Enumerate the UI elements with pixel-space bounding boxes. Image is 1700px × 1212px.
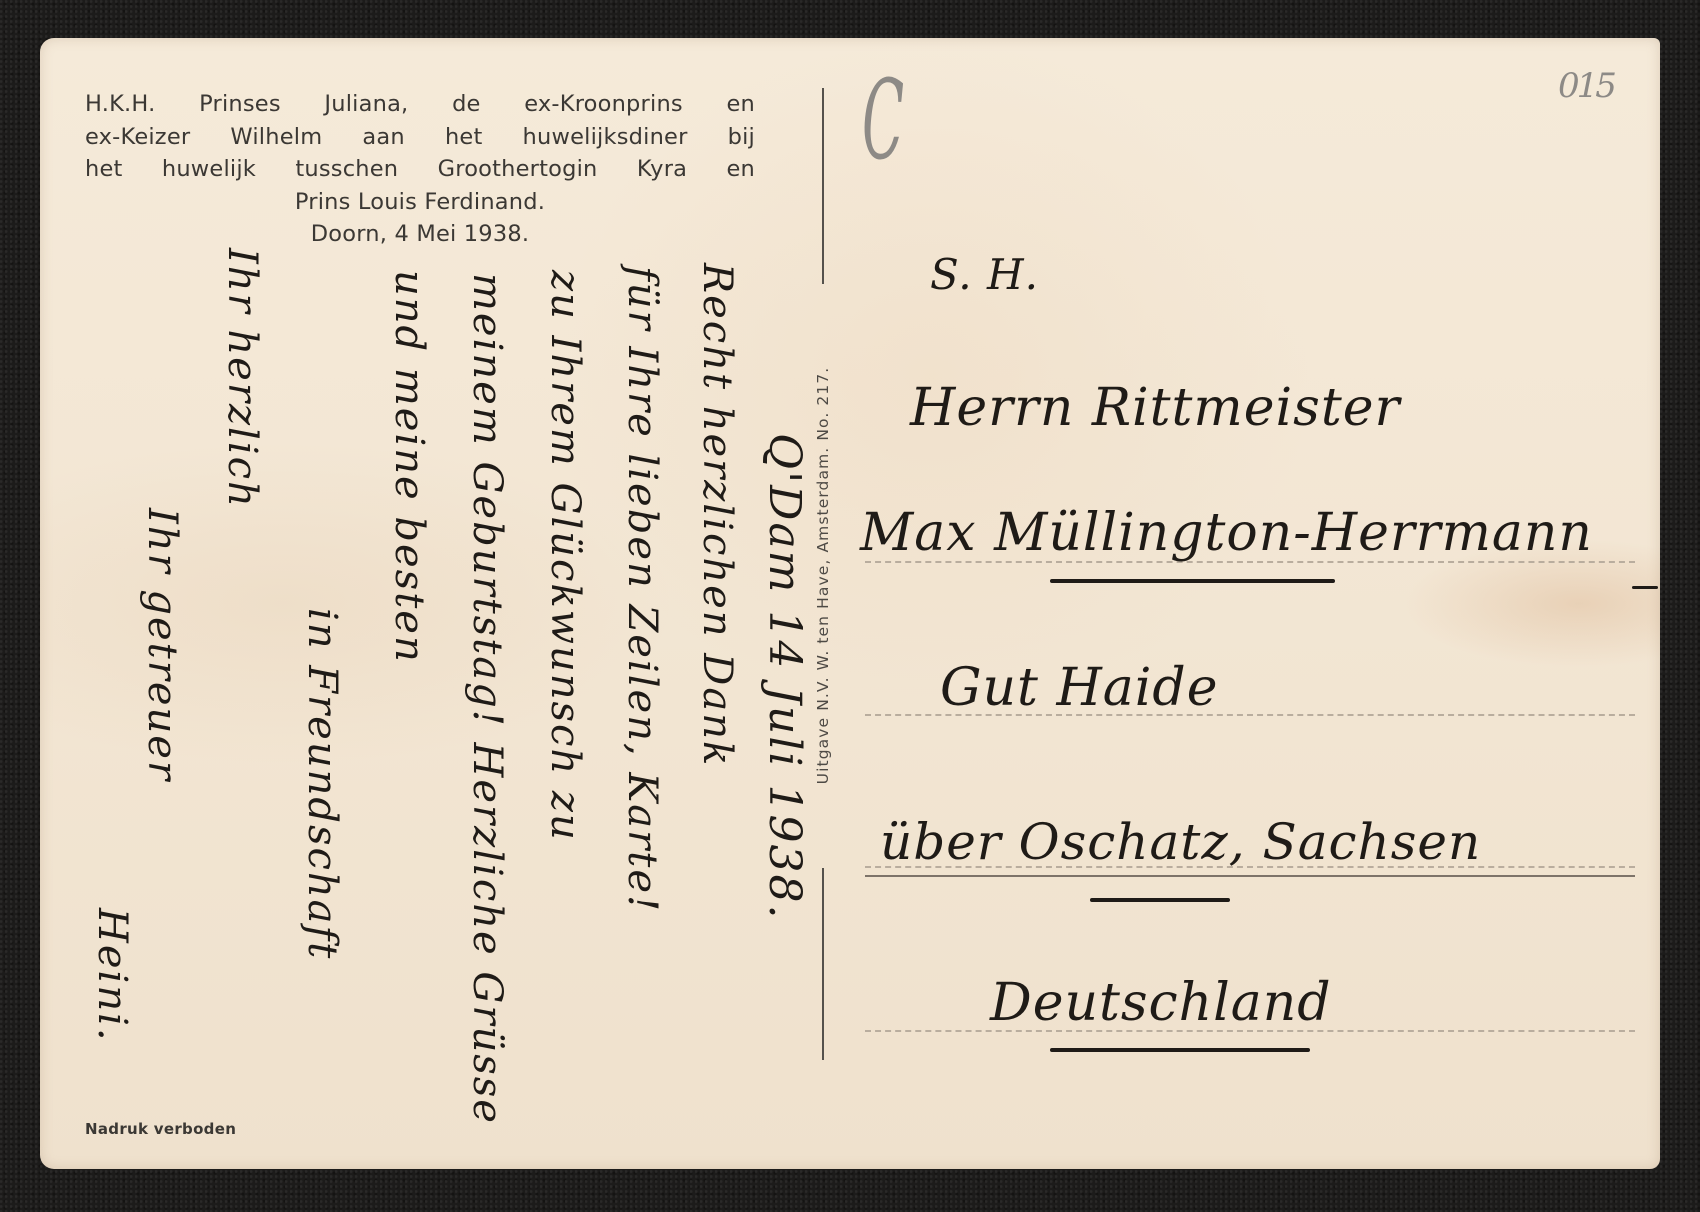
message-column-2: für Ihre lieben Zeilen, Karte!: [619, 266, 665, 913]
country-underline: [1050, 1048, 1310, 1052]
message-column-4: meinem Geburtstag! Herzliche Grüsse: [464, 273, 510, 1125]
name-dash: [1632, 586, 1658, 589]
message-column-6: in Freundschaft: [299, 608, 345, 960]
caption-line: ex-Keizer Wilhelm aan het huwelijksdiner…: [85, 121, 755, 154]
address-town: über Oschatz, Sachsen: [880, 813, 1481, 871]
pencil-mark-c: C: [862, 56, 904, 184]
pencil-corner-number: 015: [1558, 66, 1614, 106]
address-salutation: S. H.: [930, 250, 1039, 299]
message-column-1: Recht herzlichen Dank: [694, 263, 740, 767]
publisher-imprint: Uitgave N.V. W. ten Have, Amsterdam. No.…: [814, 283, 834, 868]
address-line-3-solid: [865, 875, 1635, 877]
caption-line: het huwelijk tusschen Groothertogin Kyra…: [85, 153, 755, 186]
town-underline: [1090, 898, 1230, 902]
caption-line: H.K.H. Prinses Juliana, de ex-Kroonprins…: [85, 88, 755, 121]
message-column-3: zu Ihrem Glückwunsch zu: [542, 270, 588, 842]
message-column-7: Ihr herzlich: [219, 248, 265, 509]
center-divider-top: [822, 88, 824, 284]
message-column-5: und meine besten: [386, 270, 432, 664]
address-name: Max Müllington-Herrmann: [860, 503, 1593, 563]
printed-caption: H.K.H. Prinses Juliana, de ex-Kroonprins…: [85, 88, 755, 251]
address-estate: Gut Haide: [940, 658, 1219, 718]
name-underline: [1050, 579, 1335, 583]
reprint-notice: Nadruk verboden: [85, 1120, 236, 1138]
message-column-8: Ihr getreuer: [139, 508, 185, 782]
caption-date: Doorn, 4 Mei 1938.: [85, 218, 755, 251]
message-date: Q'Dam 14 Juli 1938.: [759, 433, 810, 920]
center-divider-bottom: [822, 868, 824, 1060]
postcard-back: H.K.H. Prinses Juliana, de ex-Kroonprins…: [40, 38, 1660, 1169]
address-country: Deutschland: [990, 973, 1332, 1033]
address-title: Herrn Rittmeister: [910, 378, 1400, 438]
caption-line: Prins Louis Ferdinand.: [85, 186, 755, 219]
message-signature: Heini.: [89, 908, 135, 1043]
